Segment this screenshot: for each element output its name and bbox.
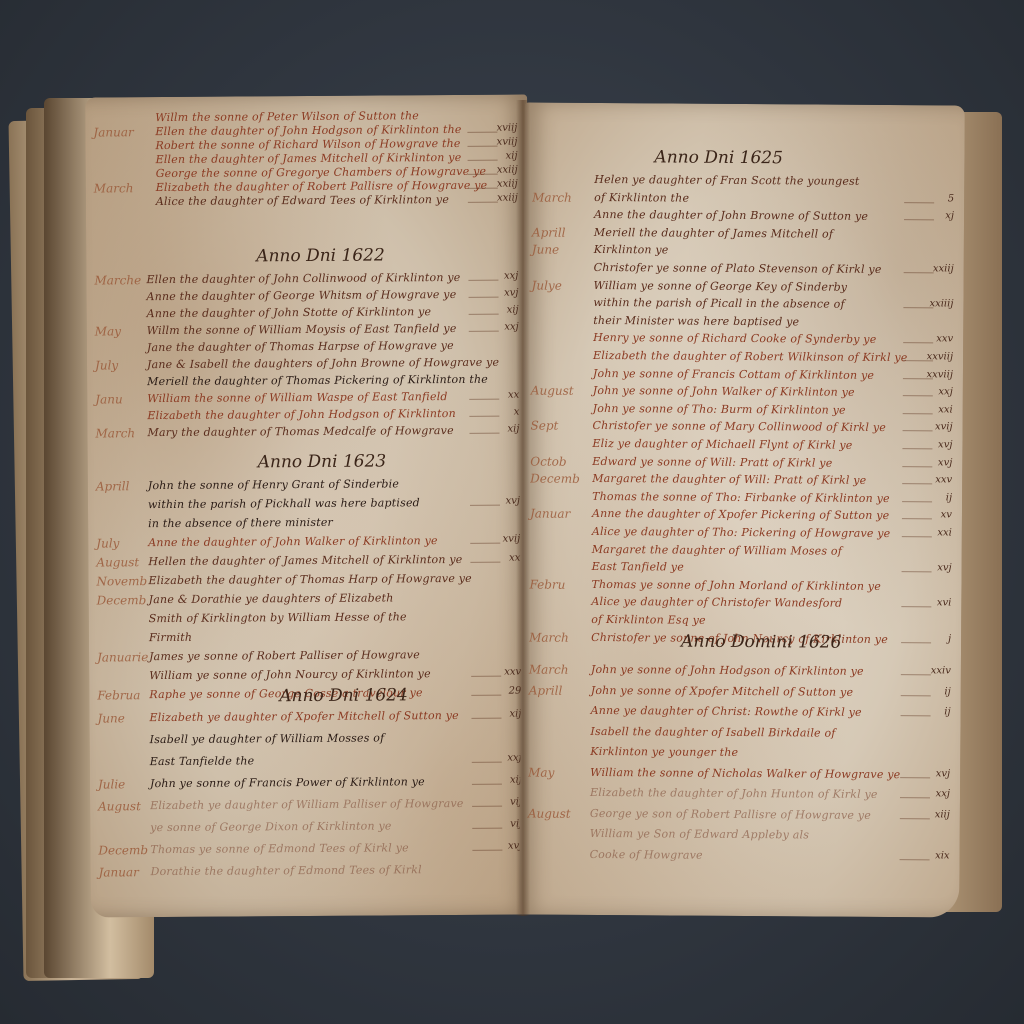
entry-rule — [471, 718, 501, 719]
entry-day: xviij — [497, 137, 518, 148]
entry-day: xxv — [936, 334, 953, 345]
entry-rule — [469, 433, 499, 434]
entry-text: Alice the daughter of Edward Tees of Kir… — [156, 193, 449, 208]
entry-day: j — [948, 633, 951, 644]
entry-month: June — [532, 243, 559, 257]
entry-rule — [470, 543, 500, 544]
entry-text: in the absence of there minister — [148, 516, 333, 530]
entry-text: William the sonne of William Waspe of Ea… — [147, 390, 448, 405]
entry-text: Jane & Isabell the daughters of John Bro… — [147, 356, 499, 371]
entry-text: John ye sonne of Francis Power of Kirkli… — [150, 775, 425, 790]
right-page: Anno Dni 1625 Helen ye daughter of Fran … — [519, 102, 965, 917]
entry-rule — [900, 818, 930, 819]
entry-text: Alice ye daughter of Christofer Wandesfo… — [591, 595, 842, 610]
entry-day: xxiij — [933, 263, 954, 274]
entry-month: March — [95, 426, 135, 440]
entry-text: Meriell the daughter of Thomas Pickering… — [147, 373, 488, 388]
entry-month: Decemb — [97, 593, 147, 607]
entry-rule — [468, 174, 498, 175]
entry-month: Januar — [530, 507, 570, 521]
entry-text: John the sonne of Henry Grant of Sinderb… — [148, 477, 399, 492]
entry-text: Dorathie the daughter of Edmond Tees of … — [151, 863, 422, 878]
entry-month: Januarie — [97, 650, 148, 664]
entry-month: Marche — [94, 273, 141, 287]
entry-text: William ye Son of Edward Appleby als — [590, 827, 809, 842]
register-entry: ye sonne of George Dixon of Kirklinton y… — [90, 818, 532, 836]
entry-text: Elizabeth the daughter of John Hodgson o… — [147, 407, 456, 422]
entry-text: Christofer ye sonne of Plato Stevenson o… — [594, 261, 882, 276]
entry-day: xviij — [497, 123, 518, 134]
register-entry: August George ye son of Robert Pallisre … — [520, 806, 960, 824]
register-entry: Januar Dorathie the daughter of Edmond T… — [91, 862, 533, 880]
entry-day: xxj — [938, 387, 952, 398]
register-entry: Aprill John the sonne of Henry Grant of … — [88, 476, 530, 494]
entry-text: Eliz ye daughter of Michaell Flynt of Ki… — [592, 437, 852, 452]
register-entry: Isabell the daughter of Isabell Birkdail… — [520, 724, 960, 742]
entry-month: Januar — [99, 865, 139, 879]
entry-text: William ye sonne of John Nourcy of Kirkl… — [149, 667, 431, 682]
entry-text: John ye sonne of John Hodgson of Kirklin… — [591, 663, 864, 678]
year-heading: Anno Dni 1622 — [256, 245, 385, 266]
entry-month: August — [531, 384, 574, 398]
entry-text: George the sonne of Gregorye Chambers of… — [156, 165, 487, 180]
entry-rule — [903, 413, 933, 414]
entry-text: Ellen the daughter of John Hodgson of Ki… — [155, 123, 461, 138]
entry-month: Aprill — [96, 479, 130, 493]
year-heading: Anno Dni 1625 — [654, 147, 783, 168]
register-entry: Julye William ye sonne of George Key of … — [524, 278, 964, 296]
register-entry: Elizabeth the daughter of Robert Wilkins… — [523, 348, 963, 366]
entry-rule — [904, 202, 934, 203]
entry-month: August — [96, 555, 139, 569]
register-entry: Decemb Margaret the daughter of Will: Pr… — [522, 472, 962, 490]
entry-rule — [904, 219, 934, 220]
year-heading: Anno Dni 1623 — [258, 451, 387, 472]
entry-day: xj — [945, 211, 954, 222]
entry-rule — [469, 331, 499, 332]
entry-text: Henry ye sonne of Richard Cooke of Synde… — [593, 331, 876, 346]
register-entry: their Minister was here baptised ye — [523, 313, 963, 331]
entry-text: Anne the daughter of Xpofer Pickering of… — [592, 507, 889, 522]
register-entry: August Hellen the daughter of James Mitc… — [88, 552, 530, 570]
register-entry: Henry ye sonne of Richard Cooke of Synde… — [523, 331, 963, 349]
register-entry: within the parish of Picall in the absen… — [523, 296, 963, 314]
entry-month: Aprill — [532, 225, 566, 239]
entry-month: Decemb — [98, 843, 148, 857]
entry-rule — [901, 642, 931, 643]
entry-text: John ye sonne of John Walker of Kirklint… — [593, 384, 855, 399]
register-entry: Decemb Jane & Dorathie ye daughters of E… — [89, 590, 531, 608]
entry-text: Kirklinton ye — [594, 243, 669, 257]
entry-month: Janu — [95, 392, 123, 406]
register-entry: May William the sonne of Nicholas Walker… — [520, 765, 960, 783]
entry-text: East Tanfielde the — [150, 754, 255, 768]
register-entry: John ye sonne of Francis Cottam of Kirkl… — [523, 366, 963, 384]
register-entry: Alice the daughter of Edward Tees of Kir… — [86, 192, 528, 210]
entry-month: Sept — [531, 419, 559, 433]
entry-text: within the parish of Pickhall was here b… — [148, 496, 420, 511]
entry-rule — [472, 762, 502, 763]
entry-month: Januar — [93, 125, 133, 139]
entry-text: Ellen the daughter of John Collinwood of… — [146, 271, 460, 286]
entry-rule — [902, 466, 932, 467]
entry-rule — [901, 695, 931, 696]
entry-text: Thomas ye sonne of John Morland of Kirkl… — [591, 578, 881, 593]
register-entry: March John ye sonne of John Hodgson of K… — [521, 662, 961, 680]
register-entry: Isabell ye daughter of William Mosses of — [90, 730, 532, 748]
entry-rule — [472, 850, 502, 851]
register-entry: Eliz ye daughter of Michaell Flynt of Ki… — [522, 436, 962, 454]
register-entry: John ye sonne of Tho: Burm of Kirklinton… — [523, 401, 963, 419]
entry-rule — [467, 146, 497, 147]
entry-month: Novemb — [96, 574, 147, 588]
entry-text: their Minister was here baptised ye — [593, 314, 799, 328]
entry-text: Margaret the daughter of William Moses o… — [592, 543, 842, 558]
entry-text: Isabell ye daughter of William Mosses of — [150, 731, 385, 746]
entry-text: Elizabeth ye daughter of William Pallise… — [150, 797, 464, 812]
register-entry: in the absence of there minister — [88, 514, 530, 532]
entry-rule — [903, 431, 933, 432]
entry-text: Edward ye sonne of Will: Pratt of Kirkl … — [592, 455, 832, 470]
entry-month: May — [528, 765, 554, 779]
entry-text: Isabell the daughter of Isabell Birkdail… — [590, 724, 835, 739]
register-entry: Januarie James ye sonne of Robert Pallis… — [89, 647, 531, 665]
entry-text: East Tanfield ye — [592, 560, 684, 574]
entry-text: Anne ye daughter of Christ: Rowthe of Ki… — [591, 704, 862, 719]
entry-text: within the parish of Picall in the absen… — [593, 296, 844, 311]
register-entry: Jane the daughter of Thomas Harpse of Ho… — [87, 338, 529, 356]
entry-text: Margaret the daughter of Will: Pratt of … — [592, 472, 866, 487]
register-entry: Febru Thomas ye sonne of John Morland of… — [521, 577, 961, 595]
entry-month: March — [532, 190, 572, 204]
entry-text: George ye son of Robert Pallisre of Howg… — [590, 806, 871, 821]
entry-day: xvj — [936, 768, 950, 779]
register-entry: Marche Ellen the daughter of John Collin… — [86, 270, 528, 288]
entry-text: Kirklinton ye younger the — [590, 745, 738, 759]
entry-rule — [468, 202, 498, 203]
register-entry: Helen ye daughter of Fran Scott the youn… — [524, 172, 964, 190]
entry-text: Anne the daughter of John Walker of Kirk… — [148, 534, 438, 549]
entry-day: ij — [944, 686, 950, 697]
entry-text: Jane & Dorathie ye daughters of Elizabet… — [149, 591, 394, 606]
entry-day: xxiv — [931, 665, 951, 676]
entry-month: July — [95, 358, 118, 372]
entry-text: Willm the sonne of William Moysis of Eas… — [147, 322, 457, 337]
entry-text: Elizabeth the daughter of Thomas Harp of… — [148, 572, 471, 587]
entry-month: Julie — [98, 777, 125, 791]
entry-rule — [468, 280, 498, 281]
entry-rule — [471, 695, 501, 696]
entry-rule — [471, 676, 501, 677]
entry-text: Robert the sonne of Richard Wilson of Ho… — [155, 137, 460, 152]
register-entry: Christofer ye sonne of Plato Stevenson o… — [524, 260, 964, 278]
entry-text: Elizabeth the daughter of Robert Pallisr… — [156, 179, 488, 194]
entry-rule — [903, 343, 933, 344]
entry-text: Alice ye daughter of Tho: Pickering of H… — [592, 525, 891, 540]
register-entry: May Willm the sonne of William Moysis of… — [87, 321, 529, 339]
entry-text: Anne the daughter of John Browne of Sutt… — [594, 208, 868, 223]
entry-rule — [902, 501, 932, 502]
entry-text: Meriell the daughter of James Mitchell o… — [594, 226, 833, 241]
entry-rule — [900, 797, 930, 798]
entry-text: Ellen the daughter of James Mitchell of … — [156, 151, 462, 166]
entry-month: Febru — [529, 577, 565, 591]
entry-rule — [469, 399, 499, 400]
entry-rule — [469, 314, 499, 315]
entry-rule — [903, 378, 933, 379]
register-entry: Janu William the sonne of William Waspe … — [87, 389, 529, 407]
year-heading: Anno Domini 1626 — [681, 632, 841, 653]
entry-rule — [470, 562, 500, 563]
entry-rule — [467, 132, 497, 133]
entry-month: May — [95, 324, 121, 338]
left-page: Willm the sonne of Peter Wilson of Sutto… — [85, 94, 533, 917]
register-entry: Smith of Kirklington by William Hesse of… — [89, 609, 531, 627]
register-entry: Julie John ye sonne of Francis Power of … — [90, 774, 532, 792]
register-entry: Sept Christofer ye sonne of Mary Collinw… — [523, 419, 963, 437]
entry-text: Smith of Kirklington by William Hesse of… — [149, 610, 407, 625]
entry-rule — [903, 307, 933, 308]
entry-text: John ye sonne of Tho: Burm of Kirklinton… — [593, 402, 846, 417]
entry-month: Octob — [530, 454, 566, 468]
entry-day: xvij — [935, 422, 953, 433]
register-entry: William ye Son of Edward Appleby als — [520, 826, 960, 844]
entry-text: of Kirklinton the — [594, 191, 689, 205]
entry-rule — [469, 416, 499, 417]
entry-day: xxiij — [497, 165, 518, 176]
entry-month: August — [98, 799, 141, 813]
entry-rule — [903, 395, 933, 396]
register-entry: Anne the daughter of George Whitsm of Ho… — [86, 287, 528, 305]
entry-month: Decemb — [530, 472, 580, 486]
entry-rule — [902, 536, 932, 537]
entry-month: March — [529, 663, 569, 677]
entry-month: August — [528, 806, 571, 820]
register-entry: Anne the daughter of John Browne of Sutt… — [524, 208, 964, 226]
entry-rule — [902, 519, 932, 520]
entry-text: John ye sonne of Francis Cottam of Kirkl… — [593, 367, 874, 382]
entry-text: James ye sonne of Robert Palliser of How… — [149, 648, 420, 663]
register-entry: Kirklinton ye younger the — [520, 744, 960, 762]
register-entry: Thomas the sonne of Tho: Firbanke of Kir… — [522, 489, 962, 507]
entry-day: xxv — [935, 475, 952, 486]
entry-day: xxiij — [497, 193, 518, 204]
register-entry: Alice ye daughter of Tho: Pickering of H… — [522, 524, 962, 542]
entry-text: of Kirklinton Esq ye — [591, 613, 706, 627]
entry-rule — [902, 483, 932, 484]
register-entry: within the parish of Pickhall was here b… — [88, 495, 530, 513]
entry-rule — [901, 607, 931, 608]
entry-month: Aprill — [529, 683, 563, 697]
entry-text: Elizabeth the daughter of John Hunton of… — [590, 786, 878, 801]
entry-text: ye sonne of George Dixon of Kirklinton y… — [150, 819, 391, 834]
entry-rule — [472, 784, 502, 785]
register-entry: June Elizabeth ye daughter of Xpofer Mit… — [89, 708, 531, 726]
entry-rule — [903, 360, 933, 361]
entry-month: July — [96, 536, 119, 550]
register-entry: Anne ye daughter of Christ: Rowthe of Ki… — [521, 703, 961, 721]
entry-day: xvj — [938, 457, 952, 468]
entry-text: Thomas the sonne of Tho: Firbanke of Kir… — [592, 490, 890, 505]
register-entry: July Jane & Isabell the daughters of Joh… — [87, 355, 529, 373]
register-entry: East Tanfielde the xxj — [90, 752, 532, 770]
register-entry: Octob Edward ye sonne of Will: Pratt of … — [522, 454, 962, 472]
entry-rule — [902, 571, 932, 572]
register-entry: July Anne the daughter of John Walker of… — [88, 533, 530, 551]
entry-day: xv — [941, 510, 952, 521]
entry-rule — [472, 806, 502, 807]
register-entry: Alice ye daughter of Christofer Wandesfo… — [521, 595, 961, 613]
entry-text: Mary the daughter of Thomas Medcalfe of … — [147, 424, 453, 439]
entry-rule — [468, 160, 498, 161]
entry-text: Willm the sonne of Peter Wilson of Sutto… — [155, 109, 419, 124]
entry-month: March — [529, 630, 569, 644]
register-entry: Firmith — [89, 628, 531, 646]
entry-text: Cooke of Howgrave — [590, 847, 703, 861]
entry-text: Thomas ye sonne of Edmond Tees of Kirkl … — [150, 841, 409, 856]
register-entry: Novemb Elizabeth the daughter of Thomas … — [88, 571, 530, 589]
entry-rule — [472, 828, 502, 829]
register-entry: Decemb Thomas ye sonne of Edmond Tees of… — [90, 840, 532, 858]
book-gutter — [516, 100, 530, 916]
register-entry: March Mary the daughter of Thomas Medcal… — [87, 423, 529, 441]
entry-day: xiij — [935, 809, 950, 820]
entry-text: Hellen the daughter of James Mitchell of… — [148, 553, 462, 568]
entry-day: xxi — [937, 527, 952, 538]
entry-text: Anne the daughter of George Whitsm of Ho… — [146, 288, 456, 303]
entry-day: xix — [935, 850, 950, 861]
register-entry: Januar Anne the daughter of Xpofer Picke… — [522, 507, 962, 525]
entry-rule — [904, 272, 934, 273]
entry-day: xxiij — [497, 179, 518, 190]
entry-day: xvj — [938, 439, 952, 450]
entry-text: John ye sonne of Xpofer Mitchell of Sutt… — [591, 683, 854, 698]
entry-text: William the sonne of Nicholas Walker of … — [590, 765, 900, 780]
entry-text: Jane the daughter of Thomas Harpse of Ho… — [147, 339, 454, 354]
register-entry: Anne the daughter of John Stotte of Kirk… — [87, 304, 529, 322]
entry-text: Christofer ye sonne of Mary Collinwood o… — [593, 419, 887, 434]
entry-day: xxj — [936, 788, 950, 799]
entry-day: ij — [946, 492, 952, 503]
entry-day: xxi — [938, 404, 953, 415]
register-entry: William ye sonne of John Nourcy of Kirkl… — [89, 666, 531, 684]
entry-rule — [901, 715, 931, 716]
year-heading: Anno Dni 1624 — [279, 685, 408, 706]
entry-day: 5 — [948, 193, 954, 204]
entry-text: Firmith — [149, 631, 192, 644]
entry-rule — [469, 297, 499, 298]
register-entry: March of Kirklinton the 5 — [524, 190, 964, 208]
register-entry: East Tanfield ye xvj — [522, 560, 962, 578]
entry-month: Februa — [97, 688, 140, 702]
register-entry: Elizabeth the daughter of John Hodgson o… — [87, 406, 529, 424]
entry-day: xvi — [937, 598, 952, 609]
entry-rule — [900, 859, 930, 860]
entry-rule — [901, 674, 931, 675]
register-entry: Aprill Meriell the daughter of James Mit… — [524, 225, 964, 243]
register-entry: Elizabeth the daughter of John Hunton of… — [520, 785, 960, 803]
entry-rule — [900, 777, 930, 778]
entry-month: Julye — [532, 278, 562, 292]
open-register-book: Willm the sonne of Peter Wilson of Sutto… — [0, 0, 1024, 1024]
register-entry: Aprill John ye sonne of Xpofer Mitchell … — [521, 683, 961, 701]
entry-rule — [468, 188, 498, 189]
entry-day: xvj — [937, 563, 951, 574]
register-entry: Meriell the daughter of Thomas Pickering… — [87, 372, 529, 390]
entry-rule — [902, 448, 932, 449]
register-entry: Cooke of Howgrave xix — [520, 847, 960, 865]
entry-day: ij — [944, 706, 950, 717]
entry-text: Anne the daughter of John Stotte of Kirk… — [147, 305, 432, 320]
register-entry: August Elizabeth ye daughter of William … — [90, 796, 532, 814]
register-entry: of Kirklinton Esq ye — [521, 612, 961, 630]
entry-text: William ye sonne of George Key of Sinder… — [594, 279, 848, 294]
entry-text: Helen ye daughter of Fran Scott the youn… — [594, 173, 859, 188]
register-entry: August John ye sonne of John Walker of K… — [523, 384, 963, 402]
register-entry: June Kirklinton ye — [524, 243, 964, 261]
entry-text: Elizabeth ye daughter of Xpofer Mitchell… — [149, 709, 458, 724]
entry-rule — [470, 505, 500, 506]
entry-text: Elizabeth the daughter of Robert Wilkins… — [593, 349, 908, 364]
entry-month: March — [94, 181, 134, 195]
entry-month: June — [97, 711, 124, 725]
register-entry: Margaret the daughter of William Moses o… — [522, 542, 962, 560]
